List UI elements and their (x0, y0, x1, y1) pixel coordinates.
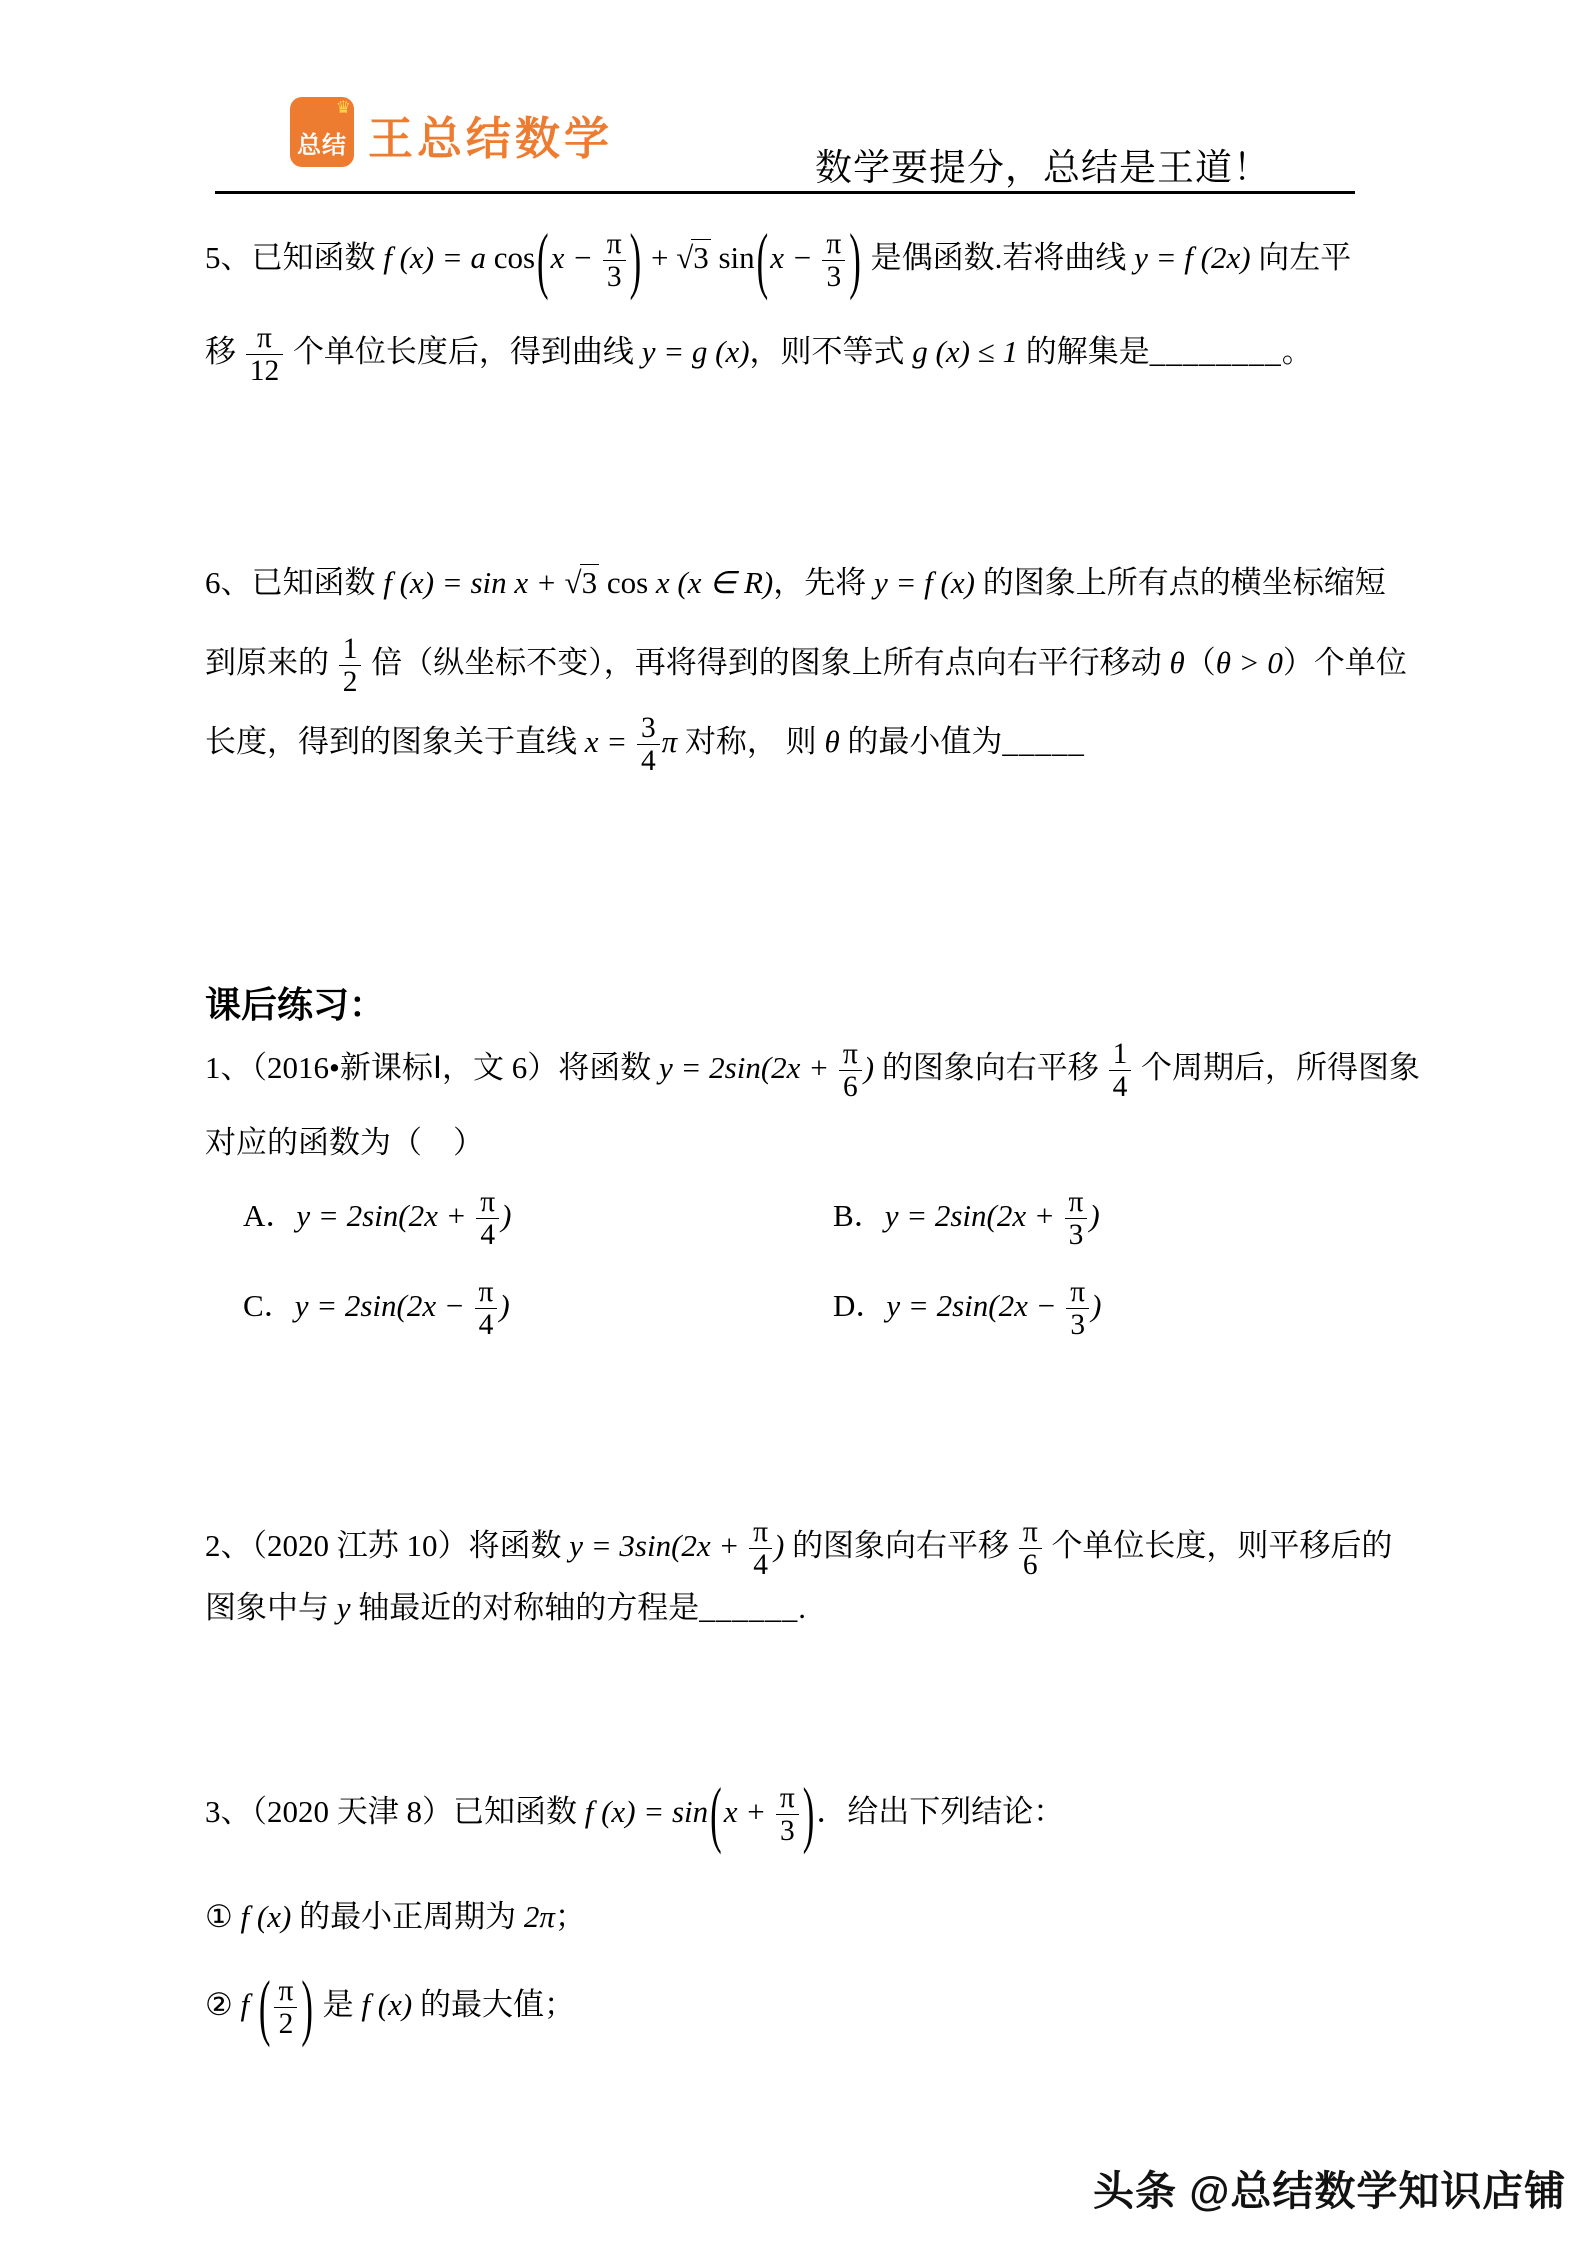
option-C: C．y = 2sin(2x − π4) (243, 1266, 510, 1346)
logo-badge-text: 总结 (290, 125, 354, 160)
fraction: π3 (1063, 1186, 1090, 1252)
answer-blank: ________ (1150, 334, 1282, 369)
fraction: π6 (837, 1038, 864, 1104)
math-run: f (x) = sin x + (383, 565, 564, 600)
math-run: ) (501, 1198, 511, 1233)
text-run: ．给出下列结论： (816, 1794, 1064, 1829)
answer-blank: ______ (699, 1590, 798, 1625)
math-run: y = g (x) (642, 334, 750, 369)
fraction: π3 (1064, 1276, 1091, 1342)
text-run: 的最小正周期为 (299, 1899, 524, 1934)
option-D: D．y = 2sin(2x − π3) (833, 1266, 1101, 1346)
math-run: sin (711, 240, 755, 275)
math-run: + (643, 240, 676, 275)
math-run: ) (1089, 1198, 1099, 1233)
text-run: 对应的函数为（ ） (205, 1125, 484, 1160)
text-run: 的最大值； (420, 1987, 575, 2022)
text-run: 图象中与 (205, 1590, 337, 1625)
answer-blank: _____ (1002, 724, 1085, 759)
math-run: ) (864, 1050, 882, 1085)
text-run: 轴最近的对称轴的方程是 (358, 1590, 699, 1625)
math-run: 2π (524, 1899, 555, 1934)
math-run: y = f (2x) (1134, 240, 1258, 275)
fraction: 34 (635, 712, 662, 778)
practice2-line2: 图象中与 y 轴最近的对称轴的方程是______. (205, 1568, 806, 1648)
fraction: π4 (474, 1186, 501, 1252)
math-run: ) (499, 1288, 509, 1323)
text-run: 6、已知函数 (205, 565, 383, 600)
math-run: x − (770, 240, 820, 275)
text-run: 1、（2016•新课标Ⅰ，文 6）将函数 (205, 1050, 659, 1085)
math-run: ) (774, 1528, 792, 1563)
text-run: 长度，得到的图象关于直线 (205, 724, 585, 759)
text-run: 个单位长度后，得到曲线 (285, 334, 642, 369)
fraction: π4 (473, 1276, 500, 1342)
practice1-line1: 1、（2016•新课标Ⅰ，文 6）将函数 y = 2sin(2x + π6) 的… (205, 1028, 1420, 1108)
math-run: y = 2sin(2x + (659, 1050, 837, 1085)
logo-title: 王总结数学 (368, 102, 613, 167)
math-run: f (241, 1987, 257, 2022)
text-run: 个周期后，所得图象 (1133, 1050, 1420, 1085)
math-run: y (337, 1590, 359, 1625)
math-run: f (x) (361, 1987, 420, 2022)
math-run: cos (599, 565, 656, 600)
math-run: f (x) = a (383, 240, 493, 275)
problem5-line2: 移 π12 个单位长度后，得到曲线 y = g (x)，则不等式 g (x) ≤… (205, 312, 1313, 392)
text-run: 3、（2020 天津 8）已知函数 (205, 1794, 585, 1829)
fraction: π3 (820, 228, 847, 294)
option-label: B． (833, 1198, 885, 1233)
math-run: y = 2sin(2x + (296, 1198, 474, 1233)
text-run: ，则不等式 (750, 334, 913, 369)
fraction: 12 (337, 633, 364, 699)
practice3-line1: 3、（2020 天津 8）已知函数 f (x) = sin(x + π3)．给出… (205, 1772, 1064, 1855)
left-paren: ( (257, 1922, 273, 2094)
fraction: 14 (1107, 1038, 1134, 1104)
sqrt-radical: √3 (565, 565, 600, 600)
logo-badge: ♛ 总结 (290, 97, 354, 167)
problem6-line3: 长度，得到的图象关于直线 x = 34π 对称， 则 θ 的最小值为_____ (205, 702, 1085, 782)
fraction: π3 (601, 228, 628, 294)
problem6-line2: 到原来的 12 倍（纵坐标不变），再将得到的图象上所有点向右平行移动 θ（θ >… (205, 623, 1407, 703)
text-run: 的图象向右平移 (882, 1050, 1107, 1085)
math-run: ) (1091, 1288, 1101, 1323)
text-run: 的解集是 (1026, 334, 1150, 369)
math-run: y = 3sin(2x + (569, 1528, 747, 1563)
text-run: 倍（纵坐标不变），再将得到的图象上所有点向右平行移动 (363, 645, 1169, 680)
text-run: 到原来的 (205, 645, 337, 680)
text-run: 5、已知函数 (205, 240, 383, 275)
fraction: π6 (1017, 1516, 1044, 1582)
practice1-line2: 对应的函数为（ ） (205, 1103, 484, 1183)
text-run: 是 (315, 1987, 362, 2022)
math-run: y = f (x) (874, 565, 983, 600)
math-run: x − (551, 240, 601, 275)
text-run: 的图象上所有点的横坐标缩短 (983, 565, 1386, 600)
sqrt-radical: √3 (676, 240, 711, 275)
conclusion-item2: ② f (π2) 是 f (x) 的最大值； (205, 1965, 575, 2048)
option-label: A． (243, 1198, 296, 1233)
text-run: 移 (205, 334, 244, 369)
math-run: θ > 0 (1216, 645, 1283, 680)
math-run: θ (1169, 645, 1184, 680)
option-B: B．y = 2sin(2x + π3) (833, 1176, 1100, 1256)
math-run: cos (494, 240, 535, 275)
right-paren: ) (299, 1922, 315, 2094)
math-run: π (662, 724, 685, 759)
fraction: π3 (774, 1782, 801, 1848)
text-run: 对称， 则 (685, 724, 825, 759)
option-label: D． (833, 1288, 886, 1323)
watermark-text: 头条 @总结数学知识店铺 (1093, 2158, 1566, 2217)
item-mark: ② (205, 1987, 241, 2022)
text-run: ，先将 (773, 565, 874, 600)
text-run: 向左平 (1258, 240, 1351, 275)
option-A: A．y = 2sin(2x + π4) (243, 1176, 511, 1256)
math-run: θ (824, 724, 847, 759)
problem6-line1: 6、已知函数 f (x) = sin x + √3 cos x (x ∈ R)，… (205, 543, 1386, 623)
crown-icon: ♛ (336, 98, 351, 118)
math-run: y = 2sin(2x − (886, 1288, 1064, 1323)
text-run: 。 (1282, 334, 1313, 369)
option-label: C． (243, 1288, 295, 1323)
text-run: ； (555, 1899, 586, 1934)
text-run: 是偶函数.若将曲线 (863, 240, 1134, 275)
item-mark: ① (205, 1899, 241, 1934)
text-run: 的图象向右平移 (792, 1528, 1017, 1563)
problem5-line1: 5、已知函数 f (x) = a cos(x − π3) + √3 sin(x … (205, 218, 1351, 301)
text-run: ）个单位 (1283, 645, 1407, 680)
math-run: x = (585, 724, 635, 759)
fraction: π12 (244, 322, 285, 388)
text-run: . (798, 1590, 806, 1625)
math-run: g (x) ≤ 1 (912, 334, 1025, 369)
header-divider (215, 191, 1355, 194)
header-tagline: 数学要提分，总结是王道！ (815, 137, 1271, 191)
text-run: （ (1185, 645, 1216, 680)
math-run: y = 2sin(2x − (295, 1288, 473, 1323)
right-paren: ) (801, 1729, 817, 1901)
left-paren: ( (708, 1729, 724, 1901)
text-run: 个单位长度，则平移后的 (1044, 1528, 1393, 1563)
math-run: y = 2sin(2x + (885, 1198, 1063, 1233)
text-run: 的最小值为 (847, 724, 1002, 759)
math-run: x + (724, 1794, 774, 1829)
math-run: f (x) = sin (585, 1794, 708, 1829)
text-run: 2、（2020 江苏 10）将函数 (205, 1528, 569, 1563)
fraction: π2 (272, 1975, 299, 2041)
math-run: x (x ∈ R) (656, 565, 773, 600)
